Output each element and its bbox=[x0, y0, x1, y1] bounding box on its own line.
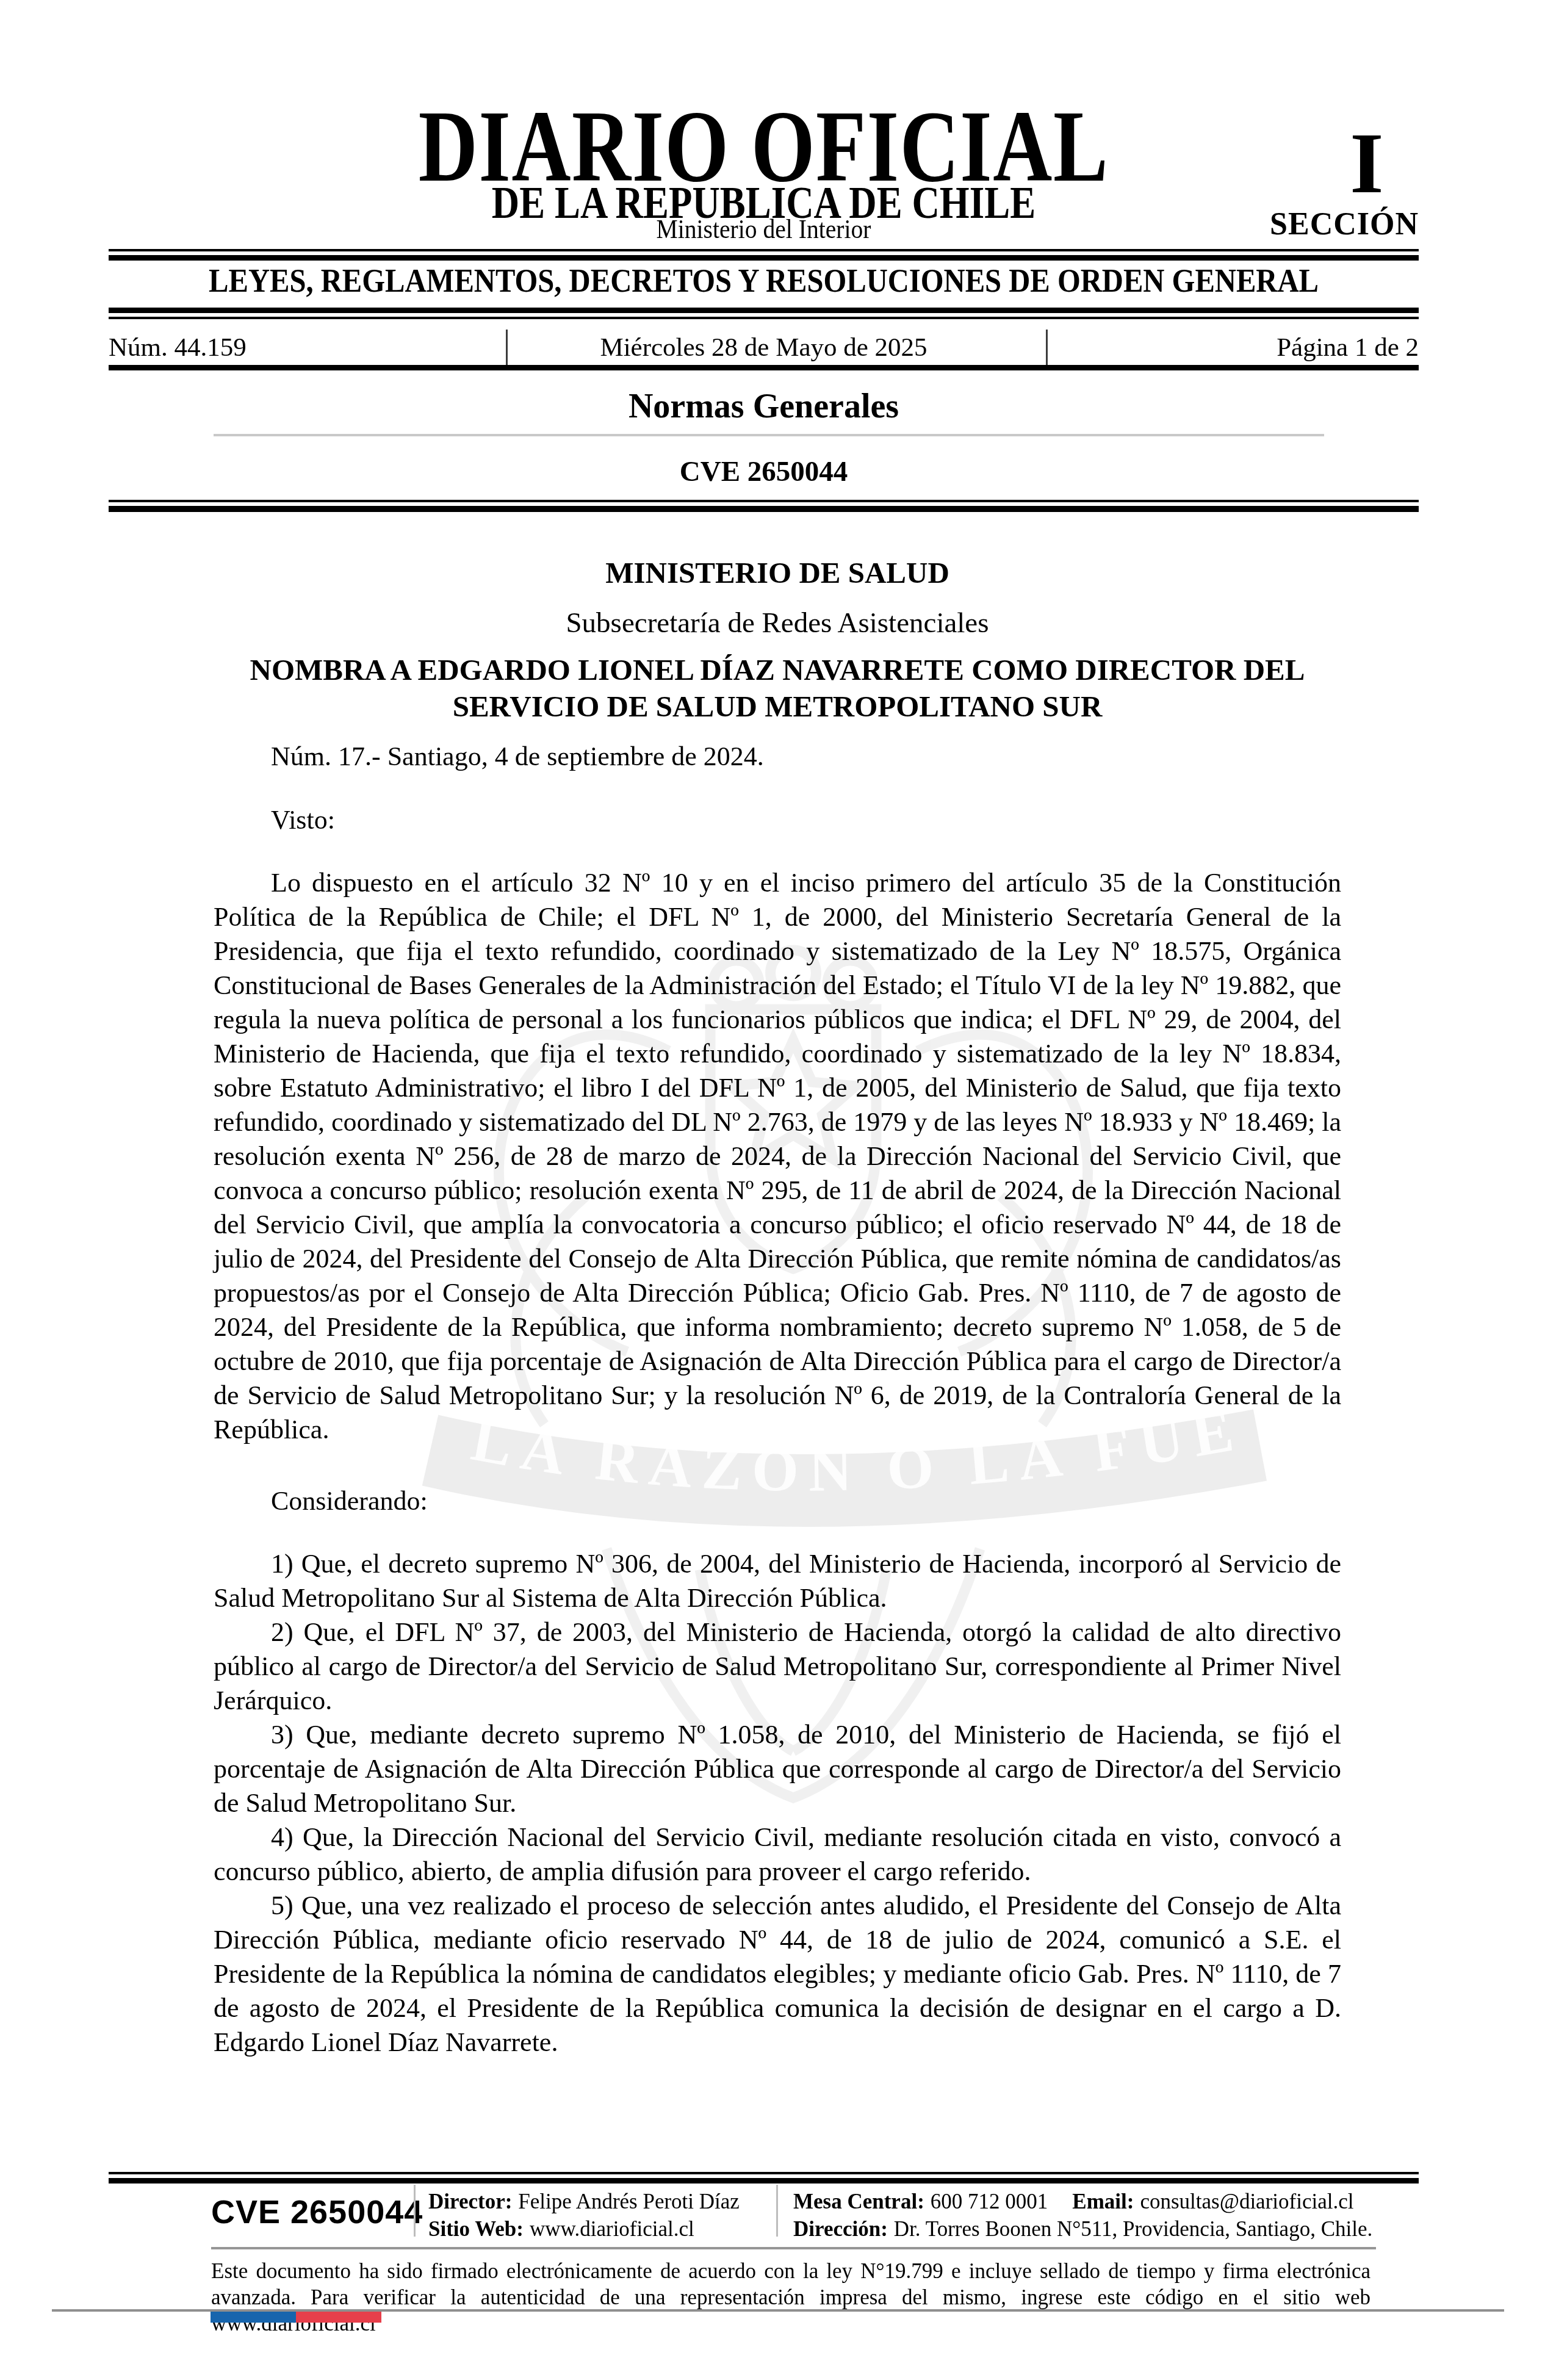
considerando-label: Considerando: bbox=[214, 1484, 1341, 1518]
email-label: Email: bbox=[1072, 2190, 1134, 2213]
footer-contact-column: Mesa Central:600 712 0001Email:consultas… bbox=[793, 2188, 1372, 2243]
issue-page: Página 1 de 2 bbox=[1114, 333, 1419, 362]
masthead-ministry: Ministerio del Interior bbox=[174, 216, 1353, 243]
divider-thin bbox=[109, 317, 1419, 319]
sitio-value: www.diarioficial.cl bbox=[530, 2217, 694, 2241]
article-ministry: MINISTERIO DE SALUD bbox=[214, 558, 1341, 588]
section-numeral: I bbox=[1312, 120, 1422, 206]
light-divider bbox=[214, 434, 1324, 436]
article-title-line1: NOMBRA A EDGARDO LIONEL DÍAZ NAVARRETE C… bbox=[214, 652, 1341, 688]
footer-director-line: Director:Felipe Andrés Peroti Díaz bbox=[428, 2188, 740, 2215]
director-value: Felipe Andrés Peroti Díaz bbox=[518, 2190, 740, 2213]
divider-thick bbox=[109, 365, 1419, 370]
footer-address-line: Dirección:Dr. Torres Boonen N°511, Provi… bbox=[793, 2215, 1372, 2243]
mesa-value: 600 712 0001 bbox=[931, 2190, 1048, 2213]
flag-red-block bbox=[296, 2312, 381, 2323]
sitio-label: Sitio Web: bbox=[428, 2217, 524, 2241]
divider-thick bbox=[109, 506, 1419, 512]
divider-thin bbox=[109, 500, 1419, 502]
footer-sitio-line: Sitio Web:www.diarioficial.cl bbox=[428, 2215, 740, 2243]
article-title: NOMBRA A EDGARDO LIONEL DÍAZ NAVARRETE C… bbox=[214, 652, 1341, 725]
divider-thick bbox=[109, 308, 1419, 313]
consideration-item: 2) Que, el DFL Nº 37, de 2003, del Minis… bbox=[214, 1615, 1341, 1718]
issue-separator bbox=[1046, 330, 1048, 367]
divider-thick bbox=[109, 255, 1419, 261]
section-label: SECCIÓN bbox=[1245, 209, 1419, 240]
banner-title: LEYES, REGLAMENTOS, DECRETOS Y RESOLUCIO… bbox=[174, 264, 1353, 297]
direccion-label: Dirección: bbox=[793, 2217, 888, 2241]
footer-director-column: Director:Felipe Andrés Peroti Díaz Sitio… bbox=[428, 2188, 740, 2243]
divider-thin bbox=[109, 249, 1419, 251]
divider-thin bbox=[109, 2172, 1419, 2174]
chile-flag-mark bbox=[211, 2312, 381, 2323]
footer-divider bbox=[211, 2247, 1376, 2249]
mesa-label: Mesa Central: bbox=[793, 2190, 924, 2213]
article-intro: Núm. 17.- Santiago, 4 de septiembre de 2… bbox=[214, 740, 1341, 774]
email-value: consultas@diarioficial.cl bbox=[1140, 2190, 1353, 2213]
consideration-item: 4) Que, la Dirección Nacional del Servic… bbox=[214, 1820, 1341, 1889]
consideration-item: 3) Que, mediante decreto supremo Nº 1.05… bbox=[214, 1718, 1341, 1820]
director-label: Director: bbox=[428, 2190, 512, 2213]
divider-thick bbox=[109, 2178, 1419, 2183]
visto-label: Visto: bbox=[214, 803, 1341, 837]
article-subsecretary: Subsecretaría de Redes Asistenciales bbox=[214, 609, 1341, 638]
visto-paragraph: Lo dispuesto en el artículo 32 Nº 10 y e… bbox=[214, 866, 1341, 1447]
footer-disclaimer: Este documento ha sido firmado electróni… bbox=[211, 2258, 1371, 2337]
section-heading: Normas Generales bbox=[109, 389, 1419, 424]
cve-heading: CVE 2650044 bbox=[109, 458, 1419, 486]
consideration-item: 5) Que, una vez realizado el proceso de … bbox=[214, 1889, 1341, 2060]
footer-cve: CVE 2650044 bbox=[211, 2193, 423, 2231]
footer-column-divider bbox=[776, 2185, 778, 2237]
document-page: POR LA RAZON O LA FUERZA DIARIO OFICIAL … bbox=[0, 0, 1556, 2380]
footer-contact-line: Mesa Central:600 712 0001Email:consultas… bbox=[793, 2188, 1372, 2215]
direccion-value: Dr. Torres Boonen N°511, Providencia, Sa… bbox=[894, 2217, 1372, 2241]
flag-blue-block bbox=[211, 2312, 296, 2323]
article-body: Núm. 17.- Santiago, 4 de septiembre de 2… bbox=[214, 740, 1341, 2060]
consideration-item: 1) Que, el decreto supremo Nº 306, de 20… bbox=[214, 1547, 1341, 1615]
footer-column-divider bbox=[414, 2185, 416, 2237]
article-title-line2: SERVICIO DE SALUD METROPOLITANO SUR bbox=[214, 688, 1341, 725]
